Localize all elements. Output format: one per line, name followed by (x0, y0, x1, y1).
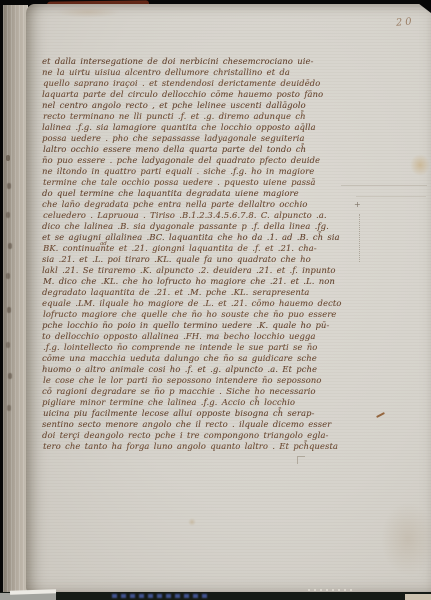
ruling-line (356, 196, 426, 197)
manuscript-line: lalinea .f.g. sia lamagiore quantita che… (42, 122, 364, 133)
manuscript-scan: 20 et dalla intersegatione de doi nerbic… (0, 0, 431, 600)
manuscript-line: equale .LM. ilquale ho magiore de .L. et… (42, 298, 364, 309)
corner-tick-mark (297, 456, 305, 464)
stain-top-edge (56, 6, 120, 18)
bottom-strip-blue-label-blur (112, 594, 208, 598)
manuscript-line: uicina piu facilmente lecose allui oppos… (43, 408, 365, 419)
manuscript-line: cōme una macchia ueduta dalungo che n̄o … (42, 353, 364, 364)
stain-bottom-right (381, 502, 431, 576)
stray-ink-stroke (376, 412, 385, 418)
manuscript-line: dico che lalinea .B. sia dyagonale passa… (42, 221, 364, 232)
manuscript-line: sia .21. et .L. poi tiraro .KL. quale fa… (42, 254, 364, 265)
manuscript-line: tero che tanto ha forga luno angolo quan… (43, 441, 365, 452)
manuscript-line: huomo o altro animale cosi ho .f. et .g.… (42, 364, 364, 375)
scan-bottom-strip (0, 592, 431, 600)
bleedthrough-letter-fragments (6, 155, 10, 161)
manuscript-line: BK. continuante et .21. giongni laquanti… (43, 243, 365, 254)
text-block: et dalla intersegatione de doi nerbicini… (42, 56, 364, 452)
bottom-strip-white-specks (308, 589, 354, 591)
manuscript-line: lakl .21. Se tiraremo .K. alpuncto .2. d… (42, 265, 364, 276)
manuscript-line: quello saprano iraçoi . et stendendosi d… (43, 78, 365, 89)
manuscript-line: M. dico che .KL. che ho lofructo ho magi… (43, 276, 365, 287)
manuscript-line: lofructo magiore che quelle che n̄o ho s… (43, 309, 365, 320)
manuscript-line: pigliare minor termine che lalinea .f.g.… (42, 397, 364, 408)
interlinear-note: ad (100, 242, 107, 248)
book-gutter-page-edges (3, 5, 28, 592)
margin-dotted-ruling (359, 214, 360, 262)
manuscript-line: pche locchio n̄o poio in quello termino … (42, 320, 364, 331)
manuscript-line: possa uedere . pho che sepassasse ladyag… (42, 133, 364, 144)
manuscript-page: 20 et dalla intersegatione de doi nerbic… (26, 4, 431, 592)
bottom-strip-tan-patch (405, 594, 431, 600)
manuscript-line: et dalla intersegatione de doi nerbicini… (42, 56, 364, 67)
manuscript-line: laquarta parte del circulo dellocchio cō… (42, 89, 364, 100)
manuscript-line: do quel termine che laquantita degradata… (42, 188, 364, 199)
manuscript-line: to dellocchio opposto allalinea .FH. ma … (42, 331, 364, 342)
folio-number: 20 (396, 17, 416, 29)
manuscript-line: che lan̄o degradata pche entra nella par… (42, 199, 364, 210)
ruling-line (341, 185, 427, 186)
margin-cross-mark: + (354, 201, 361, 209)
manuscript-line: n̄o puo essere . pche ladyagonale del qu… (42, 155, 364, 166)
manuscript-line: ne la uirtu uisiua alcentro dellumore ch… (42, 67, 364, 78)
manuscript-line: sentino secto menore angolo che il recto… (42, 419, 364, 430)
stain-fleck (188, 518, 196, 526)
manuscript-line: laltro occhio essere meno della quarta p… (43, 144, 365, 155)
manuscript-line: ne iltondo in quattro parti equali . sic… (42, 166, 364, 177)
manuscript-line: recto terminano ne lli puncti .f. et .g.… (43, 111, 365, 122)
manuscript-line: cō ragioni degradare se n̄o p macchie . … (42, 386, 364, 397)
manuscript-line: celuedero . Lapruoua . Tiriso .B.1.2.3.4… (43, 210, 365, 221)
manuscript-line: nel centro angolo recto , et pche leline… (42, 100, 364, 111)
manuscript-line: termine che tale occhio possa uedere . p… (43, 177, 365, 188)
manuscript-line: et se agiugni allalinea .BC. laquantita … (42, 232, 364, 243)
manuscript-line: doi terçi deangolo recto pche i tre comp… (42, 430, 364, 441)
stain-right-margin (410, 154, 430, 176)
scan-corner-shadow (414, 0, 431, 13)
manuscript-line: le cose che le lor parti n̄o sepossono i… (43, 375, 365, 386)
manuscript-line: .f.g. lointellecto n̄o comprende ne inte… (43, 342, 365, 353)
manuscript-line: degradato laquantita de .21. et .M. pche… (42, 287, 364, 298)
